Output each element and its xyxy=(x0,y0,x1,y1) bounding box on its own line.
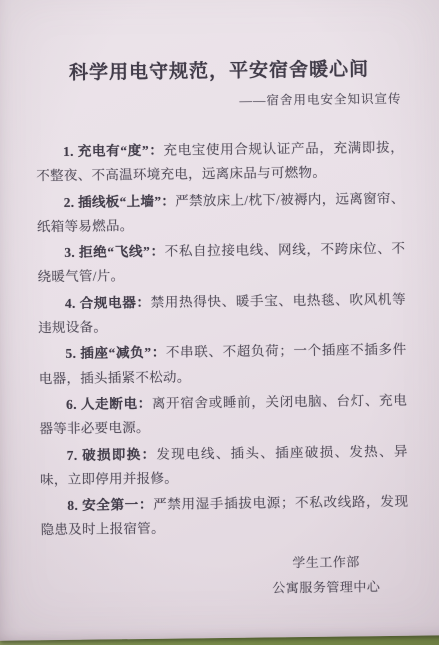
item-7-lead: 7. 破损即换： xyxy=(67,446,157,462)
item-2-lead: 2. 插线板“上墙”： xyxy=(64,193,176,209)
item-3-lead: 3. 拒绝“飞线”： xyxy=(64,244,165,260)
notice-item-8: 8. 安全第一：严禁用湿手插拔电源；不私改线路，发现隐患及时上报宿管。 xyxy=(40,490,409,543)
signature-center: 公寓服务管理中心 xyxy=(251,574,401,601)
notice-item-3: 3. 拒绝“飞线”：不私自拉接电线、网线，不跨床位、不绕暖气管/片。 xyxy=(37,237,406,290)
item-6-lead: 6. 人走断电： xyxy=(66,396,152,412)
item-8-lead: 8. 安全第一： xyxy=(67,497,153,513)
notice-content: 科学用电守规范，平安宿舍暖心间 ——宿舍用电安全知识宣传 1. 充电有“度”：充… xyxy=(35,54,410,603)
notice-title: 科学用电守规范，平安宿舍暖心间 xyxy=(35,54,403,90)
notice-item-4: 4. 合规电器：禁用热得快、暖手宝、电热毯、吹风机等违规设备。 xyxy=(38,288,407,341)
notice-paper: 科学用电守规范，平安宿舍暖心间 ——宿舍用电安全知识宣传 1. 充电有“度”：充… xyxy=(0,0,439,641)
item-5-lead: 5. 插座“减负”： xyxy=(65,345,166,361)
notice-item-1: 1. 充电有“度”：充电宝使用合规认证产品，充满即拔，不整夜、不高温环境充电，远… xyxy=(36,136,405,189)
item-4-lead: 4. 合规电器： xyxy=(65,295,151,311)
notice-item-2: 2. 插线板“上墙”：严禁放床上/枕下/被褥内，远离窗帘、纸箱等易燃品。 xyxy=(37,186,406,239)
signature-block: 学生工作部 公寓服务管理中心 xyxy=(251,549,402,601)
notice-item-6: 6. 人走断电：离开宿舍或睡前，关闭电脑、台灯、充电器等非必要电源。 xyxy=(39,389,408,442)
photo-background: 科学用电守规范，平安宿舍暖心间 ——宿舍用电安全知识宣传 1. 充电有“度”：充… xyxy=(0,0,439,645)
notice-subtitle: ——宿舍用电安全知识宣传 xyxy=(35,88,403,114)
notice-item-list: 1. 充电有“度”：充电宝使用合规认证产品，充满即拔，不整夜、不高温环境充电，远… xyxy=(36,136,409,543)
item-1-lead: 1. 充电有“度”： xyxy=(63,143,164,159)
notice-item-5: 5. 插座“减负”：不串联、不超负荷；一个插座不插多件电器，插头插紧不松动。 xyxy=(38,338,407,391)
notice-item-7: 7. 破损即换：发现电线、插头、插座破损、发热、异味，立即停用并报修。 xyxy=(40,439,409,492)
signature-department: 学生工作部 xyxy=(251,549,401,576)
